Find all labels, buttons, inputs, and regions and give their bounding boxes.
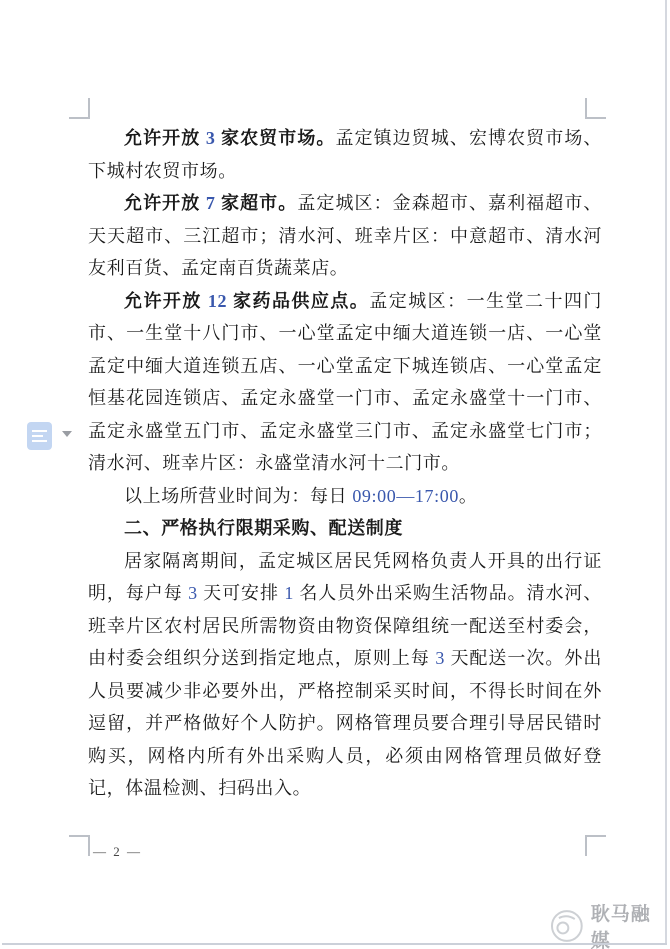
- text-run: 3: [435, 648, 445, 668]
- page-edge-right: [665, 0, 667, 944]
- chevron-down-icon[interactable]: [62, 431, 72, 437]
- paragraph: 允许开放 7 家超市。孟定城区：金森超市、嘉利福超市、天天超市、三江超市；清水河…: [88, 187, 602, 285]
- watermark-text: 耿马融媒: [591, 899, 670, 949]
- text-run: 孟定城区：一生堂二十四门市、一生堂十八门市、一心堂孟定中缅大道连锁一店、一心堂孟…: [88, 291, 602, 474]
- icon-line: [32, 435, 43, 437]
- document-options-icon[interactable]: [27, 422, 52, 450]
- text-run: 09:00—17:00: [352, 486, 459, 506]
- text-run: 1: [284, 583, 294, 603]
- icon-line: [32, 430, 47, 432]
- document-page: 允许开放 3 家农贸市场。孟定镇边贸城、宏博农贸市场、下城村农贸市场。允许开放 …: [0, 0, 670, 949]
- text-run: 允许开放: [124, 193, 206, 213]
- watermark: 耿马融媒: [549, 899, 670, 949]
- text-run: 允许开放: [124, 291, 208, 311]
- paragraph: 允许开放 3 家农贸市场。孟定镇边贸城、宏博农贸市场、下城村农贸市场。: [88, 122, 602, 187]
- text-run: 天可安排: [198, 583, 285, 603]
- crop-mark-bottom-left: [69, 835, 90, 856]
- page-number: — 2 —: [93, 844, 142, 860]
- text-run: 家超市。: [215, 193, 297, 213]
- text-run: 二、严格执行限期采购、配送制度: [124, 518, 403, 538]
- paragraph: 允许开放 12 家药品供应点。孟定城区：一生堂二十四门市、一生堂十八门市、一心堂…: [88, 285, 602, 480]
- text-run: 3: [188, 583, 198, 603]
- text-run: 允许开放: [124, 128, 206, 148]
- gengma-media-logo-icon: [549, 908, 585, 944]
- document-text: 允许开放 3 家农贸市场。孟定镇边贸城、宏博农贸市场、下城村农贸市场。允许开放 …: [88, 122, 602, 805]
- text-run: 12: [208, 291, 227, 311]
- paragraph: 居家隔离期间，孟定城区居民凭网格负责人开具的出行证明，每户每 3 天可安排 1 …: [88, 545, 602, 805]
- crop-mark-top-left: [69, 98, 90, 119]
- text-run: 家药品供应点。: [227, 291, 369, 311]
- page-edge-bottom: [2, 943, 667, 945]
- text-run: 以上场所营业时间为：每日: [124, 486, 352, 506]
- crop-mark-top-right: [585, 98, 606, 119]
- text-run: 天配送一次。外出人员要减少非必要外出，严格控制采买时间，不得长时间在外逗留，并严…: [88, 648, 602, 798]
- text-run: 。: [459, 486, 478, 506]
- text-run: 家农贸市场。: [215, 128, 335, 148]
- paragraph: 以上场所营业时间为：每日 09:00—17:00。: [88, 480, 602, 513]
- section-heading: 二、严格执行限期采购、配送制度: [88, 512, 602, 545]
- icon-line: [32, 440, 47, 442]
- crop-mark-bottom-right: [585, 835, 606, 856]
